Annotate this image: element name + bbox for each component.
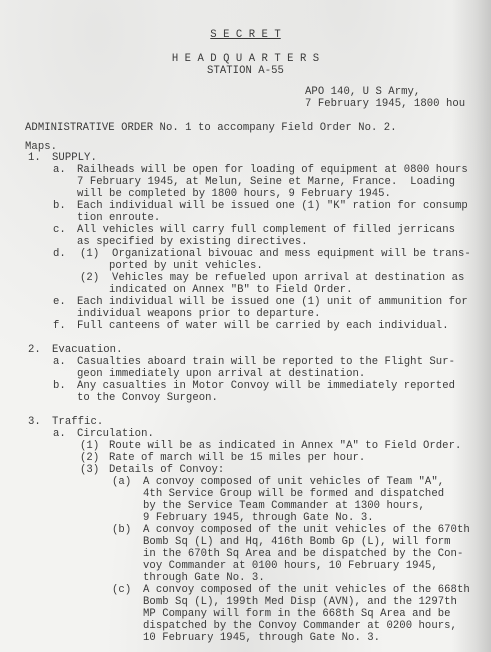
paragraph-line: 10 February 1945, through Gate No. 3. [143,632,380,644]
section-heading-evacuation: Evacuation. [52,344,122,356]
document-page: S E C R E T H E A D Q U A R T E R S STAT… [0,0,491,652]
paragraph-line: A convoy composed of unit vehicles of Te… [143,476,444,488]
paragraph-line: (2) Vehicles may be refueled upon arriva… [80,272,464,284]
item-label: c. [53,224,66,236]
paragraph-line: ported by unit vehicles. [109,260,263,272]
order-title: ADMINISTRATIVE ORDER No. 1 to accompany … [25,122,397,134]
paragraph-line: (1) Organizational bivouac and mess equi… [80,248,471,260]
item-label: (2) [80,452,99,464]
paragraph-line: Each individual will be issued one (1) "… [77,200,468,212]
paragraph-line: 7 February 1945, at Melun, Seine et Marn… [77,176,455,188]
paragraph-line: to the Convoy Surgeon. [77,392,218,404]
item-label: a. [53,164,66,176]
paragraph-line: Details of Convoy: [109,464,224,476]
paragraph-line: Casualties aboard train will be reported… [77,356,455,368]
paragraph-line: individual weapons prior to departure. [77,308,320,320]
item-label: (b) [112,524,131,536]
paragraph-line: Any casualties in Motor Convoy will be i… [77,380,455,392]
paragraph-line: indicated on Annex "B" to Field Order. [109,284,352,296]
paragraph-line: as specified by existing directives. [77,236,308,248]
item-label: e. [53,296,66,308]
paragraph-line: 9 February 1945, through Gate No. 3. [143,512,374,524]
paragraph-line: A convoy composed of the unit vehicles o… [143,524,470,536]
paragraph-line: Bomb Sq (L) and Hq, 416th Bomb Gp (L), w… [143,536,451,548]
item-label: b. [53,200,66,212]
item-label: (a) [112,476,131,488]
date-line: 7 February 1945, 1800 hou [305,98,465,110]
paragraph-line: will be completed by 1800 hours, 9 Febru… [77,188,391,200]
paragraph-line: Bomb Sq (L), 199th Med Disp (AVN), and t… [143,596,457,608]
item-label: f. [53,320,66,332]
paragraph-line: geon immediately upon arrival at destina… [77,368,365,380]
subheading-circulation: Circulation. [77,428,154,440]
section-number: 3. [28,416,41,428]
paragraph-line: Full canteens of water will be carried b… [77,320,449,332]
item-label: (c) [112,584,131,596]
paragraph-line: dispatched by the Convoy Commander at 02… [143,620,457,632]
paragraph-line: tion enroute. [77,212,160,224]
paragraph-line: voy Commander at 0100 hours, 10 February… [143,560,438,572]
paragraph-line: by the Service Team Commander at 1300 ho… [143,500,425,512]
item-label: (3) [80,464,99,476]
classification-top: S E C R E T [0,29,491,41]
section-heading-traffic: Traffic. [52,416,103,428]
item-label: a. [53,356,66,368]
section-heading-supply: SUPPLY. [52,152,97,164]
paragraph-line: in the 670th Sq Area and be dispatched b… [143,548,463,560]
header-title: H E A D Q U A R T E R S [0,53,491,65]
paragraph-line: 4th Service Group will be formed and dis… [143,488,444,500]
item-label: (1) [80,440,99,452]
paragraph-line: All vehicles will carry full complement … [77,224,455,236]
paragraph-line: Rate of march will be 15 miles per hour. [109,452,365,464]
location-line: APO 140, U S Army, [305,86,420,98]
section-number: 2. [28,344,41,356]
paragraph-line: Each individual will be issued one (1) u… [77,296,468,308]
paragraph-line: Railheads will be open for loading of eq… [77,164,468,176]
paragraph-line: MP Company will form in the 668th Sq Are… [143,608,451,620]
item-label: b. [53,380,66,392]
item-label: d. [53,248,66,260]
header-subtitle: STATION A-55 [0,65,491,77]
paragraph-line: A convoy composed of the unit vehicles o… [143,584,470,596]
paragraph-line: Route will be as indicated in Annex "A" … [109,440,461,452]
paragraph-line: through Gate No. 3. [143,572,265,584]
item-label: a. [53,428,66,440]
section-number: 1. [28,152,41,164]
